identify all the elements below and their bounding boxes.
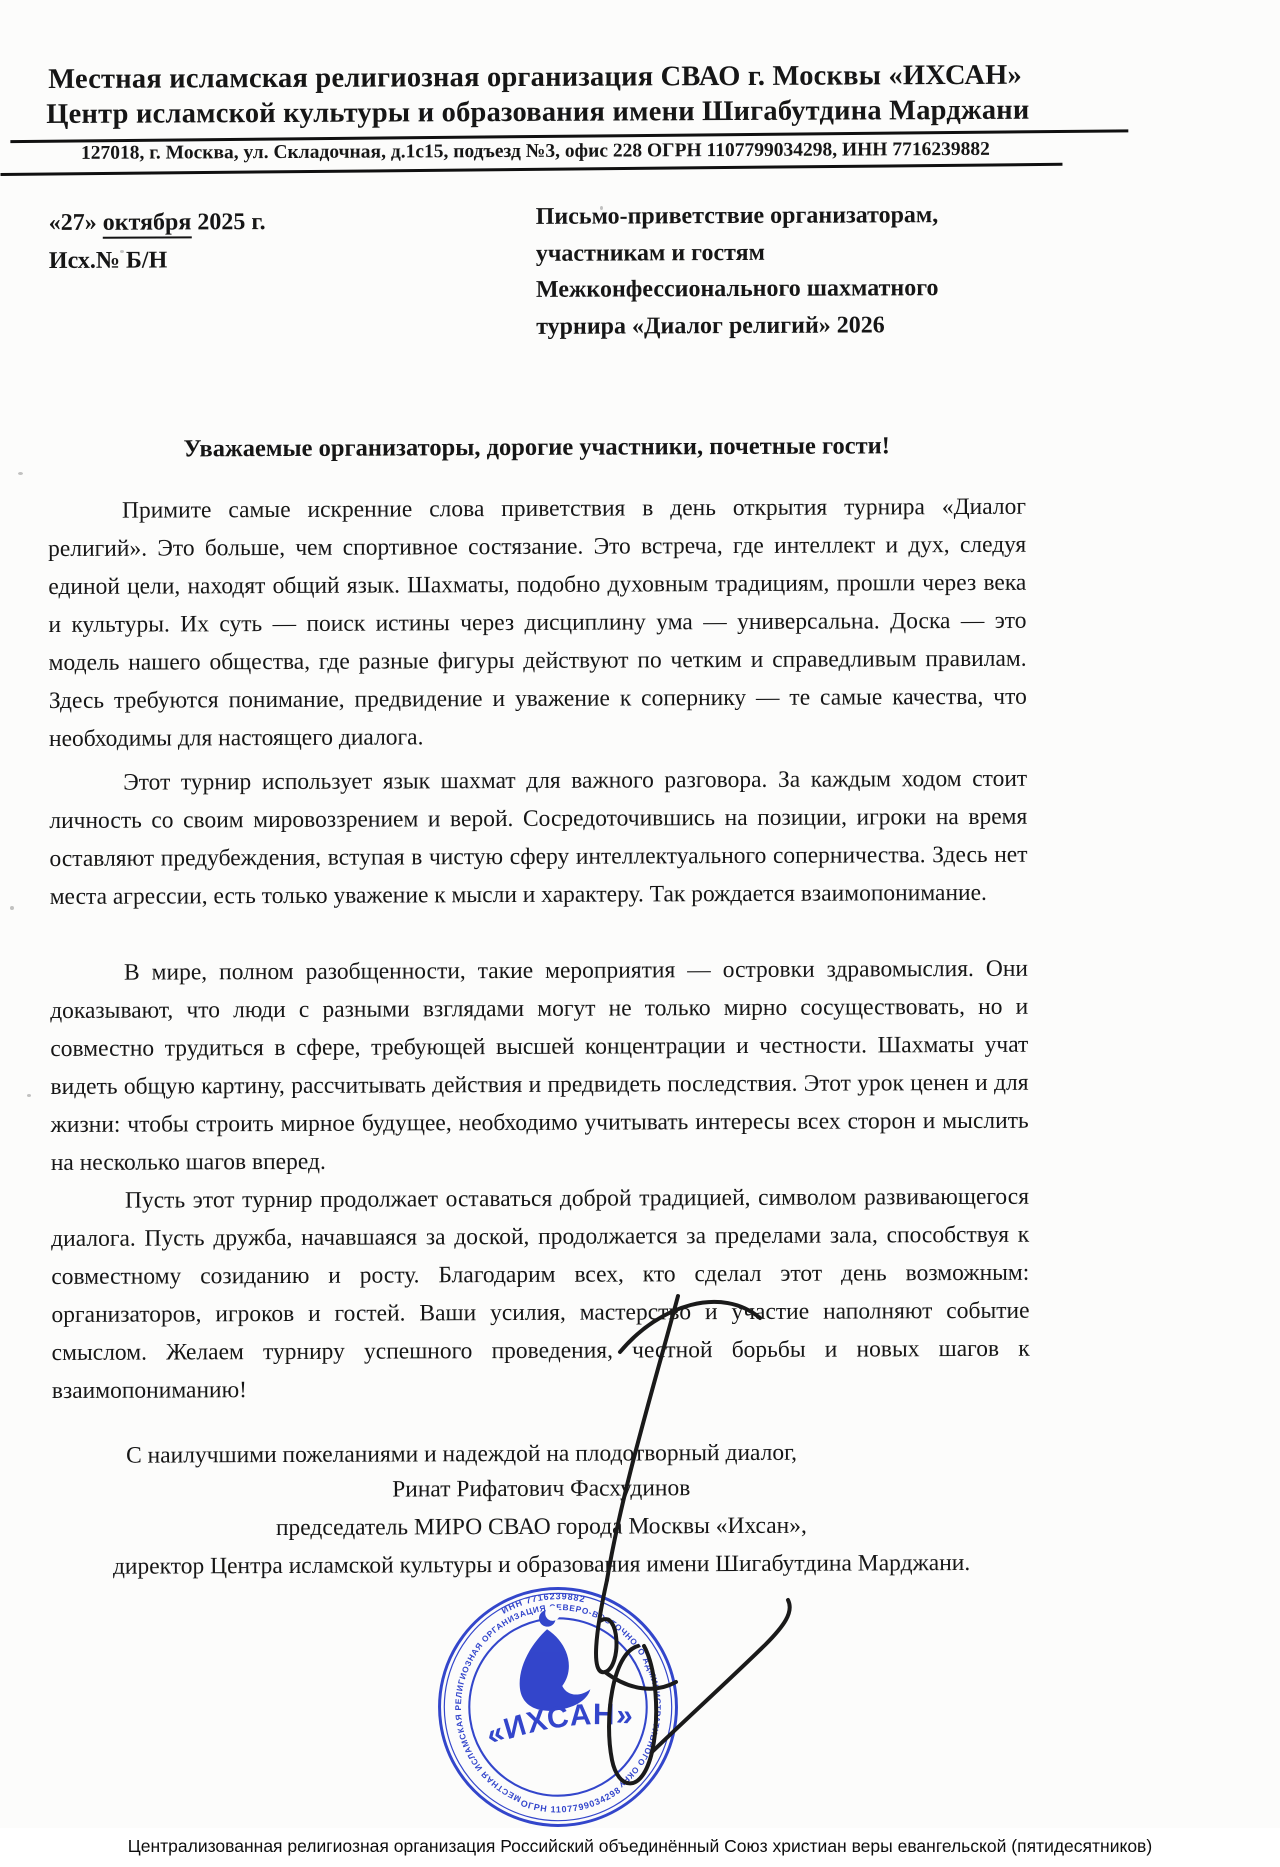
paragraph-1: Примите самые искренние слова приветстви… bbox=[48, 488, 1027, 758]
scan-speck bbox=[18, 472, 23, 475]
signature-ink bbox=[560, 1290, 1030, 1850]
date-block: «27» октября 2025 г. Исх.№ Б/Н bbox=[49, 203, 266, 280]
date-month: октября bbox=[103, 209, 192, 238]
scan-speck bbox=[27, 1094, 31, 1097]
subject-block: Письмо-приветствие организаторам, участн… bbox=[536, 197, 1023, 345]
ref-number-line: Исх.№ Б/Н bbox=[49, 241, 266, 280]
scanned-letter-page: { "header": { "org_line1": "Местная исла… bbox=[0, 0, 1280, 1867]
letterhead: Местная исламская религиозная организаци… bbox=[46, 58, 1024, 132]
handwritten-signature bbox=[560, 1290, 1030, 1850]
date-line: «27» октября 2025 г. bbox=[49, 203, 266, 242]
scan-speck bbox=[10, 906, 14, 910]
subject-line: Межконфессионального шахматного bbox=[536, 270, 1022, 309]
subject-line: Письмо-приветствие организаторам, bbox=[536, 197, 1022, 236]
org-address: 127018, г. Москва, ул. Складочная, д.1с1… bbox=[46, 139, 1024, 165]
subject-line: турнира «Диалог религий» 2026 bbox=[536, 306, 1022, 345]
date-year: 2025 г. bbox=[197, 209, 265, 235]
org-name-line2: Центр исламской культуры и образования и… bbox=[46, 93, 1024, 132]
salutation: Уважаемые организаторы, дорогие участник… bbox=[48, 432, 1026, 464]
date-day: «27» bbox=[49, 210, 97, 236]
letterhead-divider-bottom bbox=[1, 163, 1063, 176]
paragraph-2: Этот турнир использует язык шахмат для в… bbox=[49, 760, 1028, 916]
org-name-line1: Местная исламская религиозная организаци… bbox=[46, 58, 1024, 97]
subject-line: участникам и гостям bbox=[536, 233, 1022, 272]
paragraph-3: В мире, полном разобщенности, такие меро… bbox=[50, 950, 1029, 1182]
org-address-text: 127018, г. Москва, ул. Складочная, д.1с1… bbox=[81, 139, 990, 164]
